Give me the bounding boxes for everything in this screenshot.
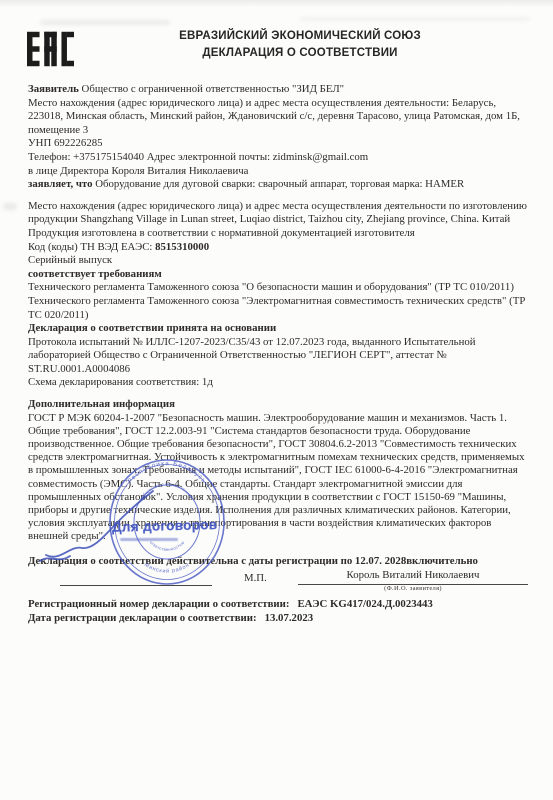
validity-statement: Декларация о соответствии действительна …: [28, 555, 531, 569]
union-title: ЕВРАЗИЙСКИЙ ЭКОНОМИЧЕСКИЙ СОЮЗ: [140, 28, 460, 45]
tnved-label: Код (коды) ТН ВЭД ЕАЭС:: [28, 241, 155, 253]
section-gap: [28, 192, 531, 200]
basis-heading: Декларация о соответствии принята на осн…: [28, 322, 531, 336]
test-protocol: Протокола испытаний № ИЛЛС-1207-2023/С35…: [28, 336, 531, 377]
declaration-document-page: ЕВРАЗИЙСКИЙ ЭКОНОМИЧЕСКИЙ СОЮЗ ДЕКЛАРАЦИ…: [0, 0, 553, 800]
applicant-representative: в лице Директора Короля Виталия Николаев…: [28, 165, 531, 179]
applicant-name: Общество с ограниченной ответственностью…: [79, 83, 344, 95]
registration-number-line: Регистрационный номер декларации о соотв…: [28, 597, 531, 611]
applicant-address: Место нахождения (адрес юридического лиц…: [28, 97, 531, 138]
regulation-2: Технического регламента Таможенного союз…: [28, 295, 531, 322]
applicant-contacts: Телефон: +375175154040 Адрес электронной…: [28, 151, 531, 165]
applicant-line: Заявитель Общество с ограниченной ответс…: [28, 83, 531, 97]
tnved-line: Код (коды) ТН ВЭД ЕАЭС: 8515310000: [28, 241, 531, 255]
tnved-code: 8515310000: [155, 241, 209, 253]
section-gap: [28, 544, 531, 555]
stamp-place-label: М.П.: [244, 572, 267, 586]
scan-artifact-top: [0, 0, 553, 7]
declares-label: заявляет, что: [28, 178, 93, 190]
production-note: Продукция изготовлена в соответствии с н…: [28, 227, 531, 241]
additional-info-text: ГОСТ Р МЭК 60204-1-2007 "Безопасность ма…: [28, 412, 531, 544]
signatory-block: Король Виталий Николаевич (Ф.И.О. заявит…: [298, 569, 528, 593]
document-title: ДЕКЛАРАЦИЯ О СООТВЕТСТВИИ: [140, 45, 460, 62]
signature-line: [60, 585, 212, 586]
scan-artifact-smudge: [40, 20, 170, 25]
registration-block: Регистрационный номер декларации о соотв…: [28, 597, 531, 625]
regulation-1: Технического регламента Таможенного союз…: [28, 281, 531, 295]
registration-number-label: Регистрационный номер декларации о соотв…: [28, 598, 289, 610]
release-type: Серийный выпуск: [28, 254, 531, 268]
manufacturer-address: Место нахождения (адрес юридического лиц…: [28, 200, 531, 227]
document-header: ЕВРАЗИЙСКИЙ ЭКОНОМИЧЕСКИЙ СОЮЗ ДЕКЛАРАЦИ…: [140, 28, 460, 62]
eac-logo-icon: [27, 27, 74, 76]
registration-date-label: Дата регистрации декларации о соответств…: [28, 612, 257, 624]
section-gap: [28, 390, 531, 398]
document-body: Заявитель Общество с ограниченной ответс…: [28, 83, 531, 626]
registration-date-value: 13.07.2023: [265, 612, 314, 624]
declares-line: заявляет, что Оборудование для дуговой с…: [28, 178, 531, 192]
additional-info-heading: Дополнительная информация: [28, 398, 531, 412]
registration-date-line: Дата регистрации декларации о соответств…: [28, 611, 531, 625]
scan-artifact-smudge: [300, 17, 530, 21]
registration-number-value: ЕАЭС KG417/024.Д.0023443: [297, 598, 432, 610]
applicant-unp: УНП 692226285: [28, 137, 531, 151]
product-description: Оборудование для дуговой сварки: сварочн…: [93, 178, 465, 190]
signatory-name: Король Виталий Николаевич: [298, 569, 528, 585]
scan-artifact-smudge: [3, 203, 17, 210]
signature-row: М.П. Король Виталий Николаевич (Ф.И.О. з…: [28, 571, 531, 597]
compliance-heading: соответствует требованиям: [28, 268, 531, 282]
applicant-label: Заявитель: [28, 83, 79, 95]
declaration-scheme: Схема декларирования соответствия: 1д: [28, 376, 531, 390]
signatory-caption: (Ф.И.О. заявителя): [298, 585, 528, 593]
